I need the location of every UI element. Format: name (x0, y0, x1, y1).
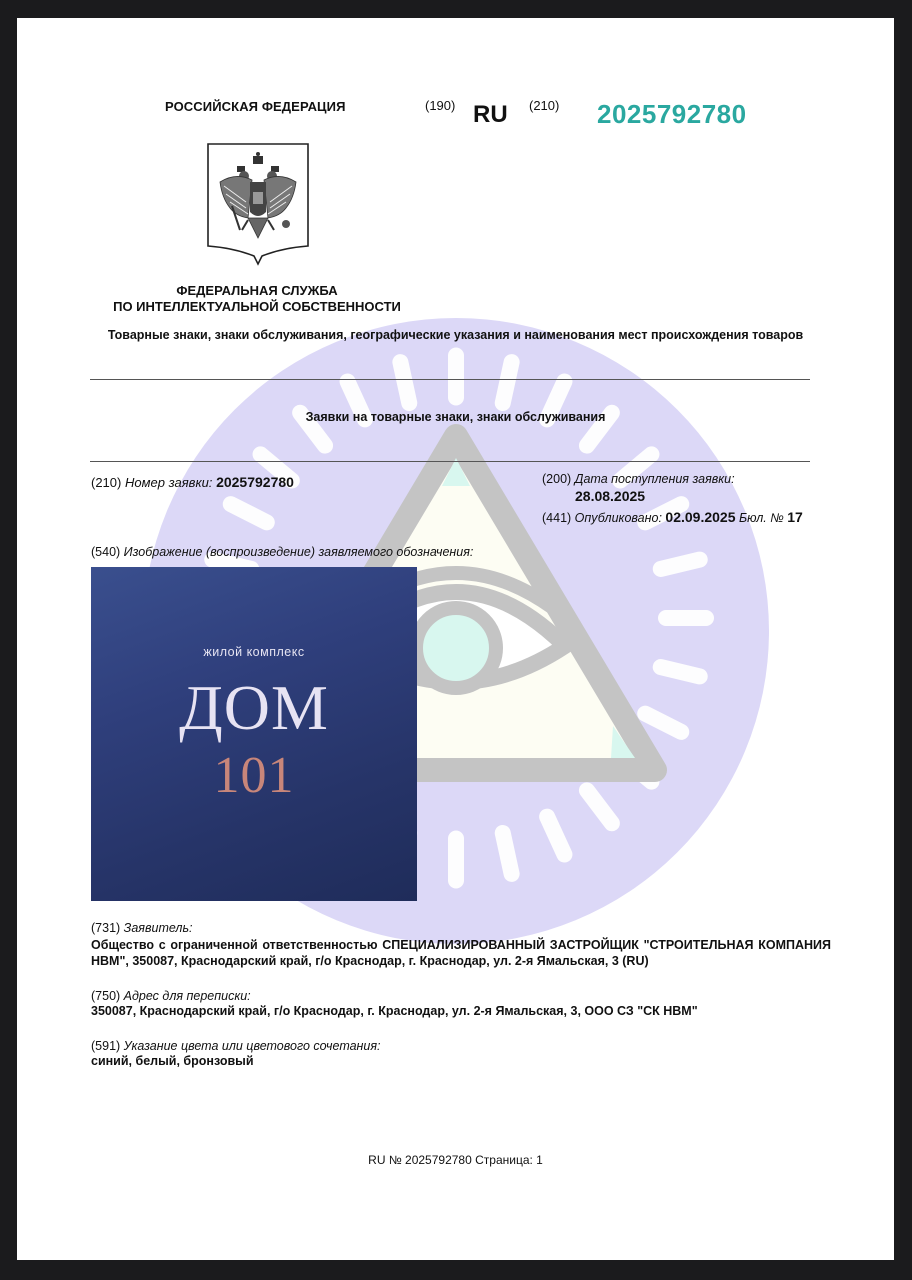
filing-date-value: 28.08.2025 (575, 488, 645, 504)
divider (90, 461, 810, 462)
field-label: Изображение (воспроизведение) заявляемог… (124, 545, 474, 559)
trademark-number-text: 101 (91, 749, 417, 803)
correspondence-address-value: 350087, Краснодарский край, г/о Краснода… (91, 1004, 698, 1018)
trademark-image: жилой комплекс ДОМ 101 (91, 567, 417, 901)
section-title: Заявки на товарные знаки, знаки обслужив… (17, 410, 894, 424)
field-label: Указание цвета или цветового сочетания: (124, 1039, 381, 1053)
field-label: Опубликовано: (575, 511, 662, 525)
divider (90, 379, 810, 380)
bulletin-number: 17 (787, 509, 803, 525)
applicant-value: Общество с ограниченной ответственностью… (91, 937, 831, 969)
inid-code-190: (190) (425, 98, 455, 113)
inid-code: (750) (91, 989, 120, 1003)
application-number-header: 2025792780 (597, 99, 747, 130)
field-731-applicant: (731) Заявитель: (91, 920, 193, 936)
agency-line-2: ПО ИНТЕЛЛЕКТУАЛЬНОЙ СОБСТВЕННОСТИ (77, 299, 437, 315)
colors-value: синий, белый, бронзовый (91, 1054, 254, 1068)
inid-code: (441) (542, 511, 571, 525)
russian-coat-of-arms-icon (206, 142, 310, 266)
field-200-filing-date: (200) Дата поступления заявки: (542, 471, 735, 487)
inid-code: (200) (542, 472, 571, 486)
trademark-main-text: ДОМ (91, 675, 417, 741)
publication-subtitle: Товарные знаки, знаки обслуживания, геог… (17, 328, 894, 342)
field-540-mark-image: (540) Изображение (воспроизведение) заяв… (91, 544, 473, 560)
field-591-colors: (591) Указание цвета или цветового сочет… (91, 1038, 381, 1054)
field-210-application-number: (210) Номер заявки: 2025792780 (91, 474, 294, 491)
field-label: Дата поступления заявки: (575, 472, 735, 486)
inid-code: (591) (91, 1039, 120, 1053)
field-label: Номер заявки: (125, 475, 212, 490)
bulletin-label: Бюл. № (739, 511, 784, 525)
country-name: РОССИЙСКАЯ ФЕДЕРАЦИЯ (165, 99, 346, 114)
field-441-publication: (441) Опубликовано: 02.09.2025 Бюл. № 17 (542, 509, 803, 526)
page-footer: RU № 2025792780 Страница: 1 (17, 1153, 894, 1167)
field-750-correspondence-address: (750) Адрес для переписки: (91, 988, 251, 1004)
agency-line-1: ФЕДЕРАЛЬНАЯ СЛУЖБА (77, 283, 437, 299)
agency-name: ФЕДЕРАЛЬНАЯ СЛУЖБА ПО ИНТЕЛЛЕКТУАЛЬНОЙ С… (77, 283, 437, 315)
inid-code: (731) (91, 921, 120, 935)
field-label: Адрес для переписки: (124, 989, 251, 1003)
inid-code: (540) (91, 545, 120, 559)
field-value: 2025792780 (216, 474, 294, 490)
trademark-small-text: жилой комплекс (91, 645, 417, 659)
document-page: РОССИЙСКАЯ ФЕДЕРАЦИЯ (190) RU (210) 2025… (17, 18, 894, 1260)
inid-code-210: (210) (529, 98, 559, 113)
field-label: Заявитель: (124, 921, 193, 935)
inid-code: (210) (91, 475, 121, 490)
country-code: RU (473, 101, 508, 129)
publication-date-value: 02.09.2025 (665, 509, 735, 525)
